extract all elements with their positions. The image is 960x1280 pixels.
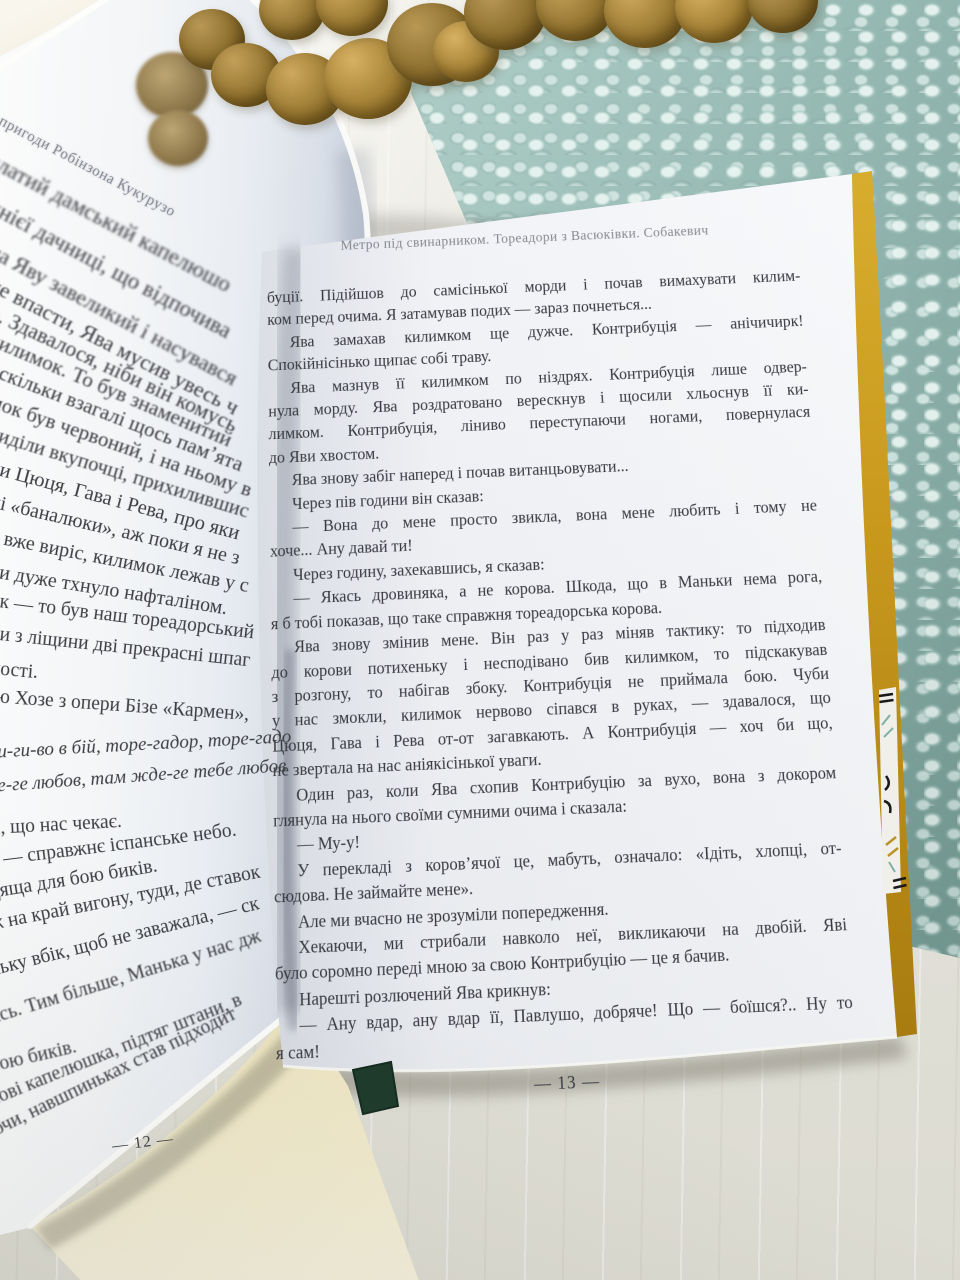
- right-page-body: буції. Підійшов до самісінької морди і п…: [267, 265, 856, 1067]
- left-page-line: ності.: [0, 658, 39, 684]
- fuzzy-pom: [148, 110, 208, 166]
- right-page-text: Метро під свинарником. Тореадори з Васюк…: [266, 213, 858, 1107]
- book-photo-scene: ні пригоди Робінзона Кукурузо слатий дам…: [0, 0, 960, 1280]
